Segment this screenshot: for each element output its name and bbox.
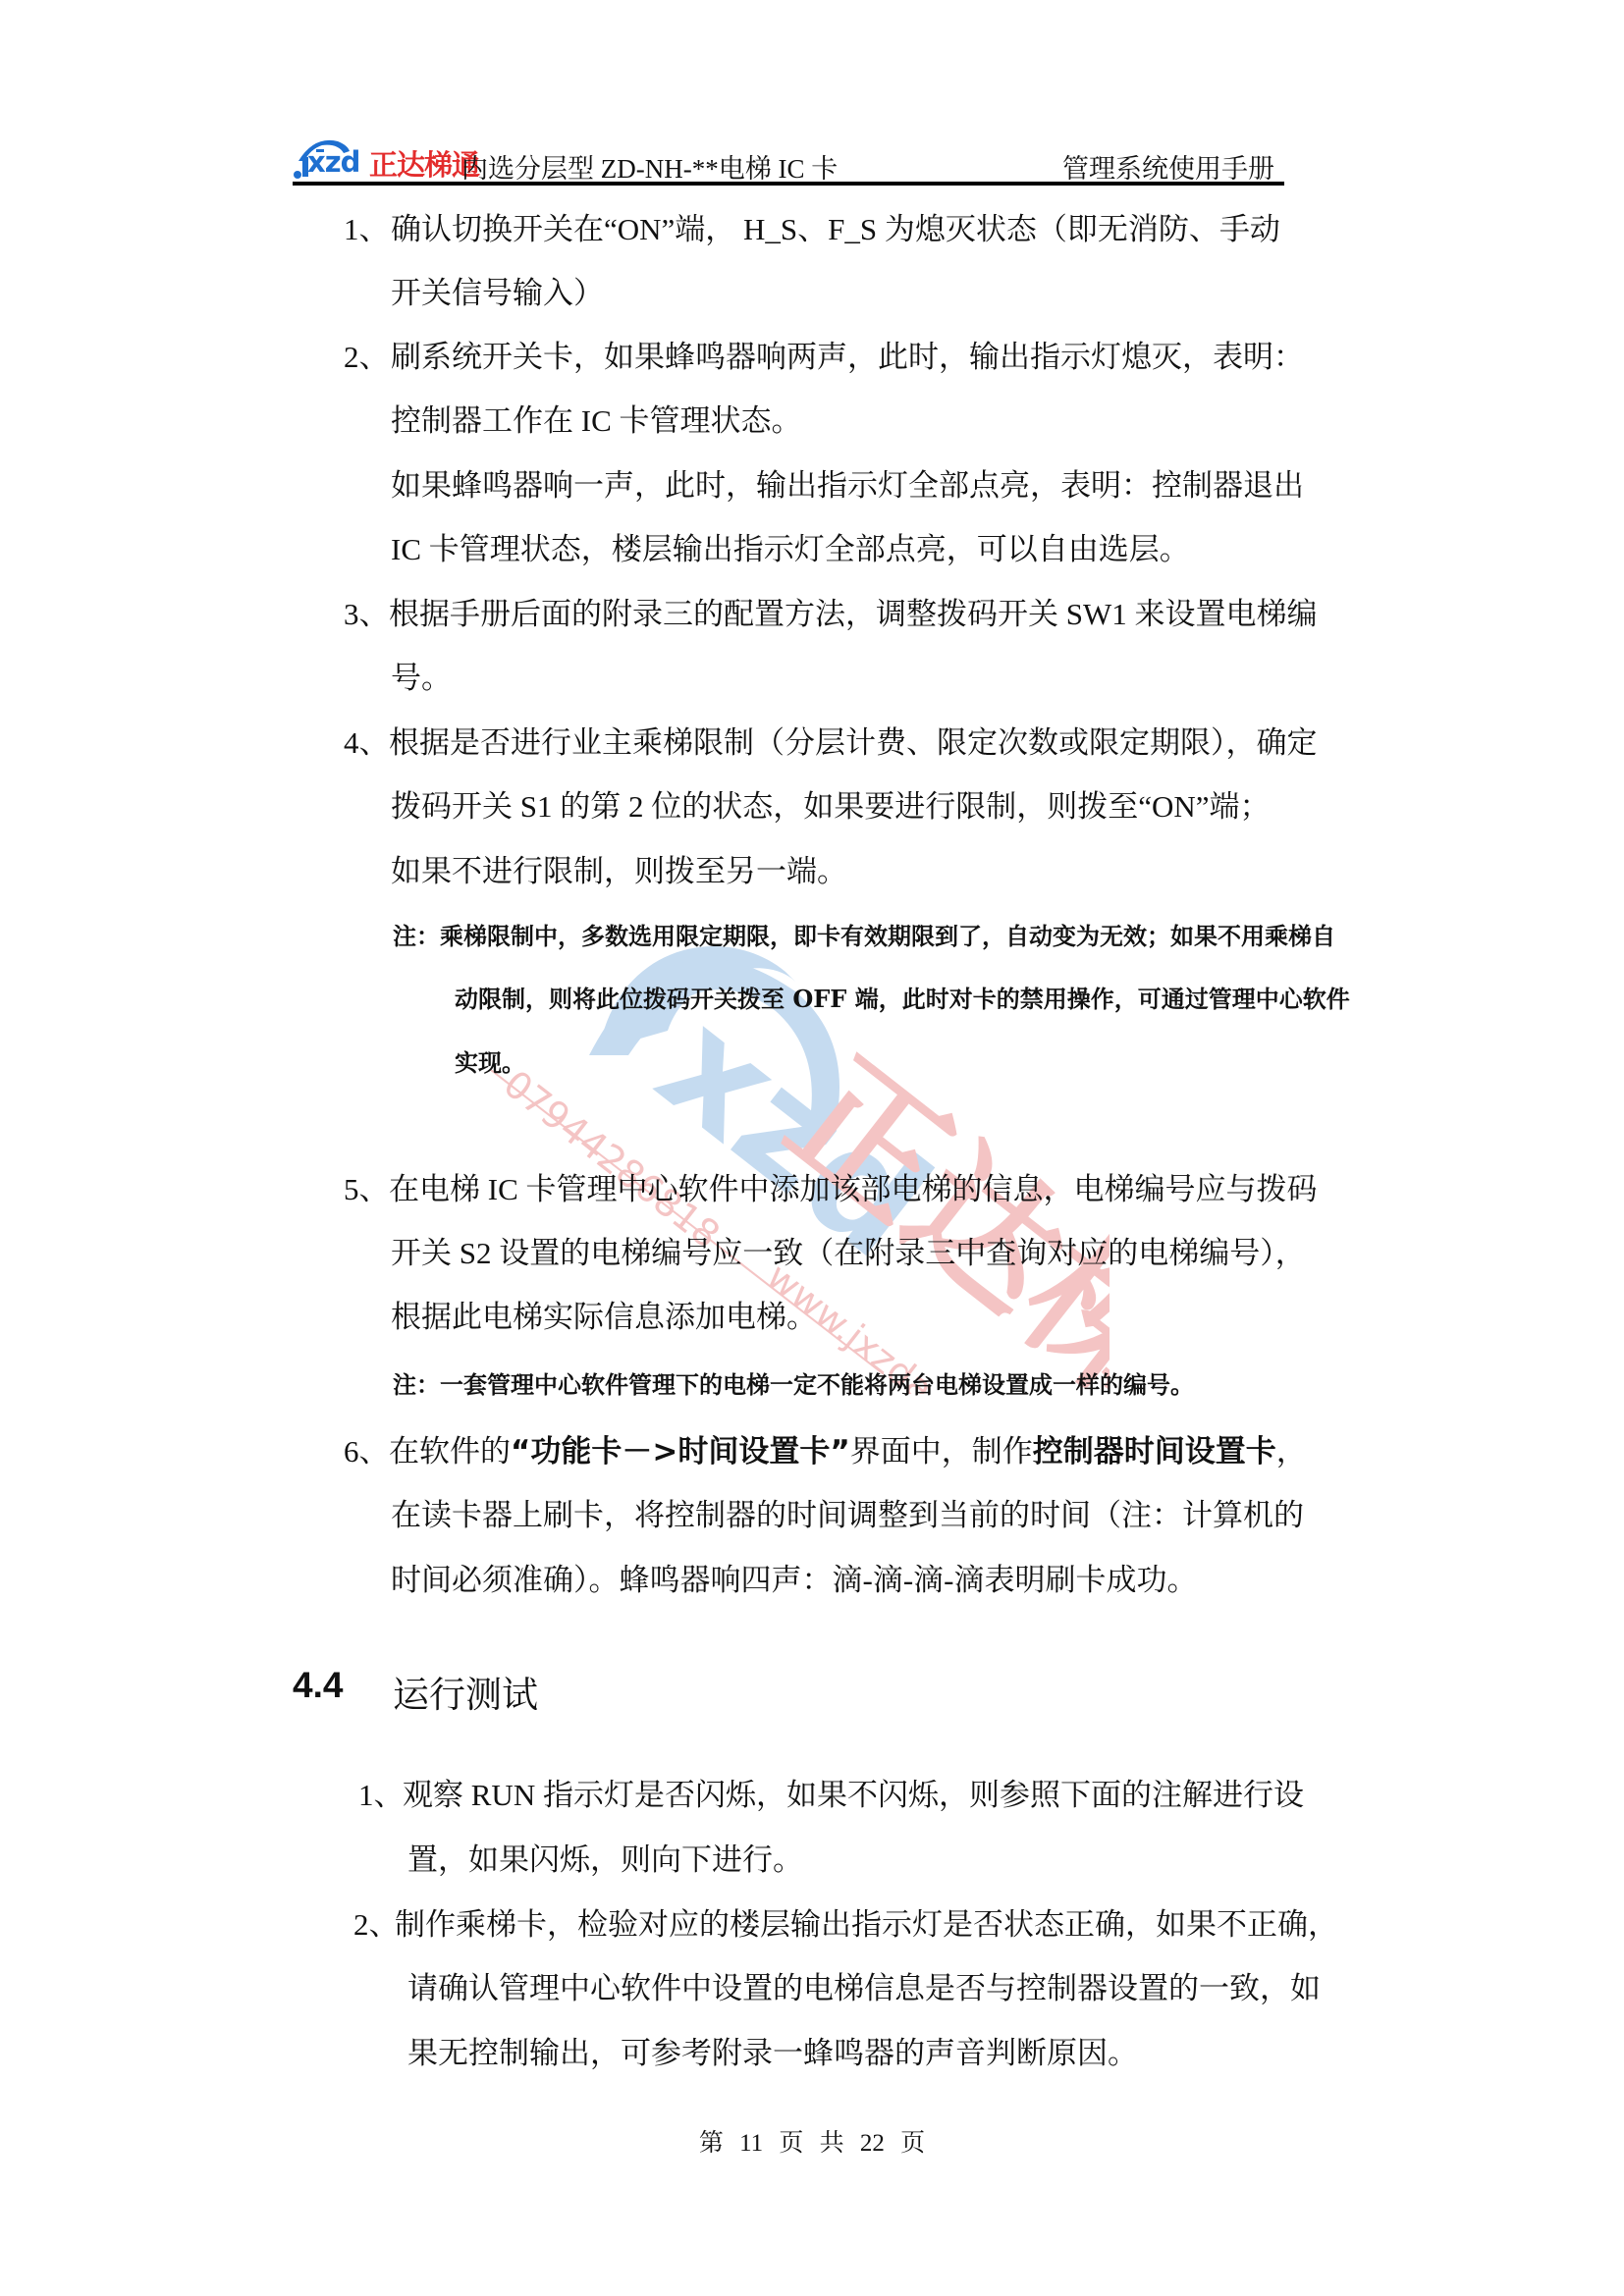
step-text-line: 根据手册后面的附录三的配置方法，调整拨码开关 SW1 来设置电梯编 [389,597,1318,632]
step-text-line: 制作乘梯卡，检验对应的楼层输出指示灯是否状态正确，如果不正确， [395,1907,1338,1943]
section-title: 运行测试 [393,1665,538,1718]
step-text: ， [1276,1434,1307,1468]
note-text: 动限制，则将此位拨码开关拨至 OFF 端，此时对卡的禁用操作，可通过管理中心软件 [455,985,1350,1014]
menu-path-text: “功能卡－>时间设置卡” [511,1434,850,1469]
step-text-line: 确认切换开关在“ON”端， H_S、F_S 为熄灭状态（即无消防、手动 [391,212,1280,247]
logo-latin-text: xzd [307,145,359,179]
step-number: 4、 [344,725,390,761]
note-text: 实现。 [455,1048,525,1078]
card-name-text: 控制器时间设置卡 [1033,1434,1276,1469]
step-number: 1、 [344,212,390,247]
step-text-line: 如果不进行限制，则拨至另一端。 [391,854,847,889]
step-text: 在软件的 [389,1434,511,1468]
company-logo: xzd 正达梯通 [293,135,460,181]
step-text-line: 根据此电梯实际信息添加电梯。 [391,1300,817,1335]
document-page: xzd 正达梯通 07944286818 www.jxzda.cn xzd 正达… [0,0,1624,2296]
note-text: 注：一套管理中心软件管理下的电梯一定不能将两台电梯设置成一样的编号。 [393,1370,1194,1400]
step-text-line: 在读卡器上刷卡，将控制器的时间调整到当前的时间（注：计算机的 [391,1498,1304,1533]
step-text-line: 如果蜂鸣器响一声，此时，输出指示灯全部点亮，表明：控制器退出 [391,468,1304,504]
step-text-line: 开关信号输入） [391,276,604,311]
svg-text:07944286818: 07944286818 [496,1062,729,1256]
step-number: 5、 [344,1172,390,1207]
step-text: 界面中，制作 [850,1434,1033,1468]
header-title-right: 管理系统使用手册 [1062,147,1274,186]
step-text-line: 控制器工作在 IC 卡管理状态。 [391,403,802,439]
header-title-left: 内选分层型 ZD-NH-**电梯 IC 卡 [461,147,838,186]
header-divider [293,182,1284,186]
svg-text:正达梯通: 正达梯通 [759,1028,1110,1394]
step-text-line: 在电梯 IC 卡管理中心软件中添加该部电梯的信息，电梯编号应与拨码 [389,1172,1318,1207]
step-text-line: 请确认管理中心软件中设置的电梯信息是否与控制器设置的一致，如 [407,1971,1321,2006]
note-text: 注：乘梯限制中，多数选用限定期限，即卡有效期限到了，自动变为无效；如果不用乘梯自 [393,922,1335,951]
step-text-line: 果无控制输出，可参考附录一蜂鸣器的声音判断原因。 [407,2036,1138,2071]
step-text-line: 开关 S2 设置的电梯编号应一致（在附录三中查询对应的电梯编号）， [391,1236,1306,1271]
step-number: 2、 [353,1907,400,1943]
step-text-line: 刷系统开关卡，如果蜂鸣器响两声，此时，输出指示灯熄灭，表明： [391,340,1304,375]
step-text-line: IC 卡管理状态，楼层输出指示灯全部点亮，可以自由选层。 [391,532,1190,567]
step-text-line: 号。 [391,661,452,696]
step-number: 3、 [344,597,390,632]
step-text-line: 根据是否进行业主乘梯限制（分层计费、限定次数或限定期限），确定 [389,725,1318,761]
section-number: 4.4 [293,1665,343,1705]
step-text-line: 拨码开关 S1 的第 2 位的状态，如果要进行限制，则拨至“ON”端； [391,789,1271,825]
step-text-line: 观察 RUN 指示灯是否闪烁，如果不闪烁，则参照下面的注解进行设 [403,1778,1304,1813]
section-heading: 4.4 运行测试 [293,1665,343,1707]
step-number: 2、 [344,340,390,375]
page-number: 第 11 页 共 22 页 [0,2123,1624,2159]
step-number: 6、 [344,1434,390,1469]
step-text-line: 时间必须准确）。蜂鸣器响四声：滴-滴-滴-滴表明刷卡成功。 [391,1563,1197,1598]
step-text-line: 在软件的“功能卡－>时间设置卡”界面中，制作控制器时间设置卡， [389,1434,1307,1469]
step-text-line: 置，如果闪烁，则向下进行。 [407,1842,803,1878]
step-number: 1、 [358,1778,405,1813]
